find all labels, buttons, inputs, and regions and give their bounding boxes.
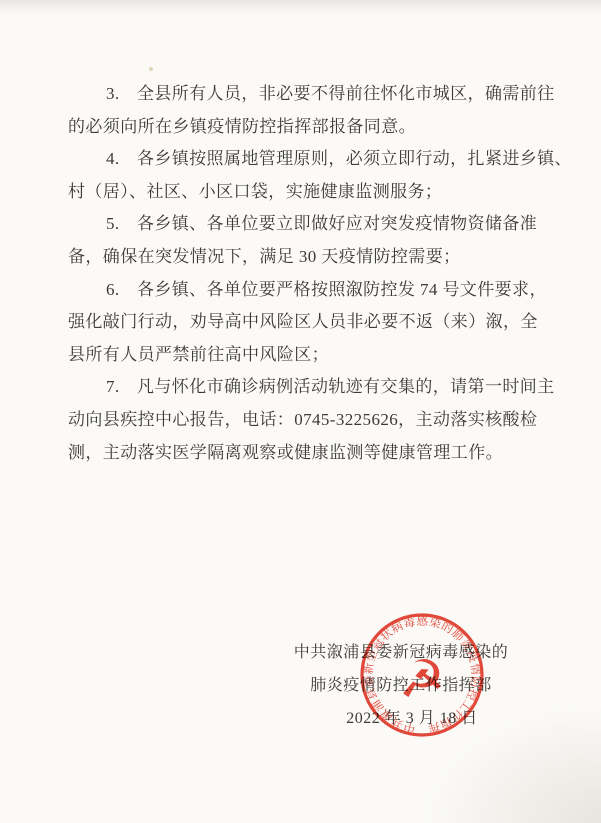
document-line: 4. 各乡镇按照属地管理原则，必须立即行动，扎紧进乡镇、 bbox=[68, 143, 544, 176]
scan-edge-shading bbox=[0, 0, 601, 14]
document-line: 测，主动落实医学隔离观察或健康监测等健康管理工作。 bbox=[68, 437, 544, 470]
document-line: 的必须向所在乡镇疫情防控指挥部报备同意。 bbox=[68, 111, 544, 144]
document-page: 3. 全县所有人员，非必要不得前往怀化市城区，确需前往的必须向所在乡镇疫情防控指… bbox=[0, 0, 601, 823]
document-line: 7. 凡与怀化市确诊病例活动轨迹有交集的，请第一时间主 bbox=[68, 371, 544, 404]
hammer-sickle-icon: ☭ bbox=[399, 650, 446, 710]
paper-speck bbox=[149, 67, 153, 71]
document-line: 强化敲门行动，劝导高中风险区人员非必要不返（来）溆，全 bbox=[68, 306, 544, 339]
document-line: 5. 各乡镇、各单位要立即做好应对突发疫情物资储备准 bbox=[68, 208, 544, 241]
official-seal: 中共溆浦县委新型冠状病毒感染的肺炎疫情防控工作指挥部 ☭ bbox=[356, 609, 488, 741]
document-line: 村（居）、社区、小区口袋，实施健康监测服务； bbox=[68, 176, 544, 209]
document-line: 3. 全县所有人员，非必要不得前往怀化市城区，确需前往 bbox=[68, 78, 544, 111]
document-body: 3. 全县所有人员，非必要不得前往怀化市城区，确需前往的必须向所在乡镇疫情防控指… bbox=[68, 78, 544, 469]
document-line: 备，确保在突发情况下，满足 30 天疫情防控需要； bbox=[68, 241, 544, 274]
document-line: 县所有人员严禁前往高中风险区； bbox=[68, 339, 544, 372]
document-line: 6. 各乡镇、各单位要严格按照溆防控发 74 号文件要求， bbox=[68, 274, 544, 307]
document-line: 动向县疾控中心报告，电话：0745-3225626，主动落实核酸检 bbox=[68, 404, 544, 437]
